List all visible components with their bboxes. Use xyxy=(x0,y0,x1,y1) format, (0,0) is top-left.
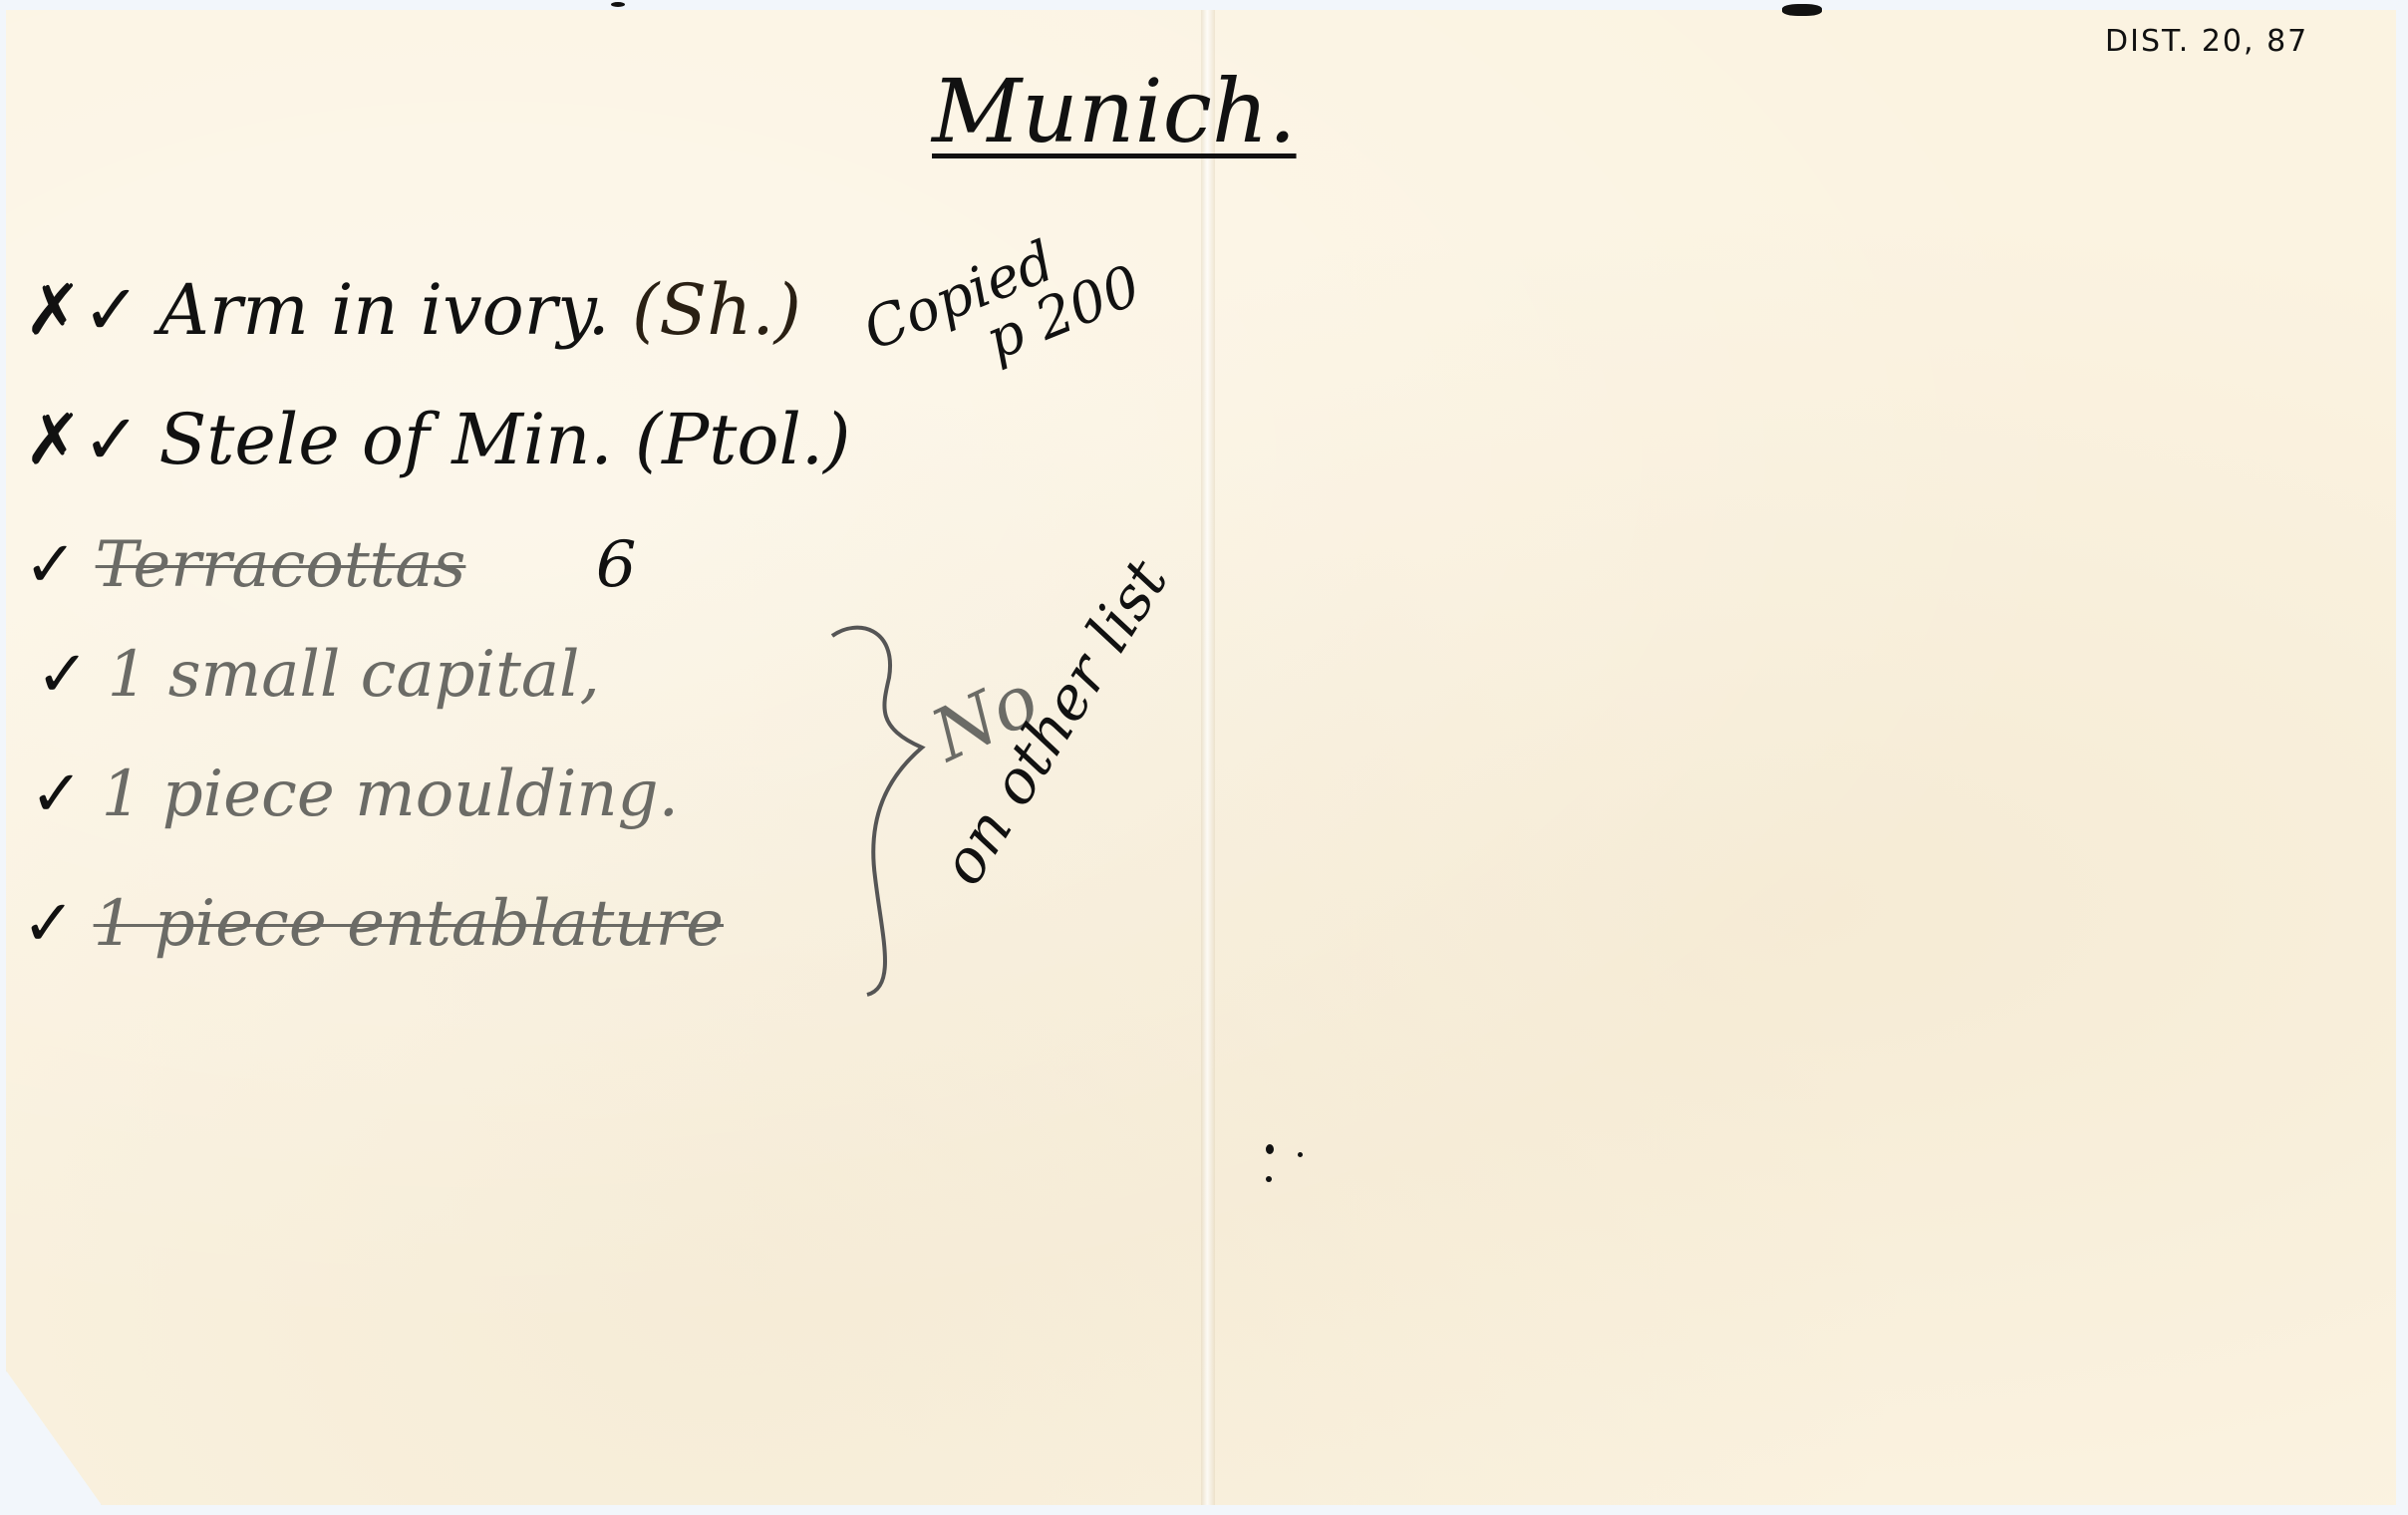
catalog-number: DIST. 20, 87 xyxy=(2105,24,2308,59)
check-mark-icon: ✓ xyxy=(36,638,90,712)
check-cross-mark-icon: ✗✓ xyxy=(24,269,141,351)
list-item: ✗✓Arm in ivory. (Sh.) xyxy=(24,269,801,351)
ink-blot xyxy=(1782,4,1822,16)
curly-brace-icon xyxy=(827,618,957,997)
item-note: (Ptol.) xyxy=(635,399,851,480)
list-item: ✓Terracottas 6 xyxy=(24,528,636,602)
list-item: ✓1 small capital, xyxy=(36,638,600,712)
document-title: Munich. xyxy=(932,60,1297,162)
ink-spot xyxy=(1266,1176,1272,1182)
list-item: ✓1 piece moulding. xyxy=(30,757,679,831)
item-quantity: 6 xyxy=(596,528,637,602)
item-note: (Sh.) xyxy=(632,269,801,351)
item-text: 1 piece entablature xyxy=(94,887,724,961)
ink-spot xyxy=(1266,1144,1274,1154)
check-mark-icon: ✓ xyxy=(24,528,78,602)
check-cross-mark-icon: ✗✓ xyxy=(24,399,141,480)
item-text: Stele of Min. xyxy=(158,399,612,480)
item-text: Terracottas xyxy=(96,528,466,602)
check-mark-icon: ✓ xyxy=(22,887,76,961)
ink-blot xyxy=(611,2,625,7)
list-item: ✓1 piece entablature xyxy=(22,887,724,961)
item-text: Arm in ivory. xyxy=(158,269,609,351)
item-text: 1 piece moulding. xyxy=(102,757,679,831)
ink-spot xyxy=(1298,1152,1303,1157)
item-text: 1 small capital, xyxy=(108,638,600,712)
page-fold-line xyxy=(1201,10,1215,1505)
list-item: ✗✓Stele of Min. (Ptol.) xyxy=(24,399,851,480)
check-mark-icon: ✓ xyxy=(30,757,84,831)
